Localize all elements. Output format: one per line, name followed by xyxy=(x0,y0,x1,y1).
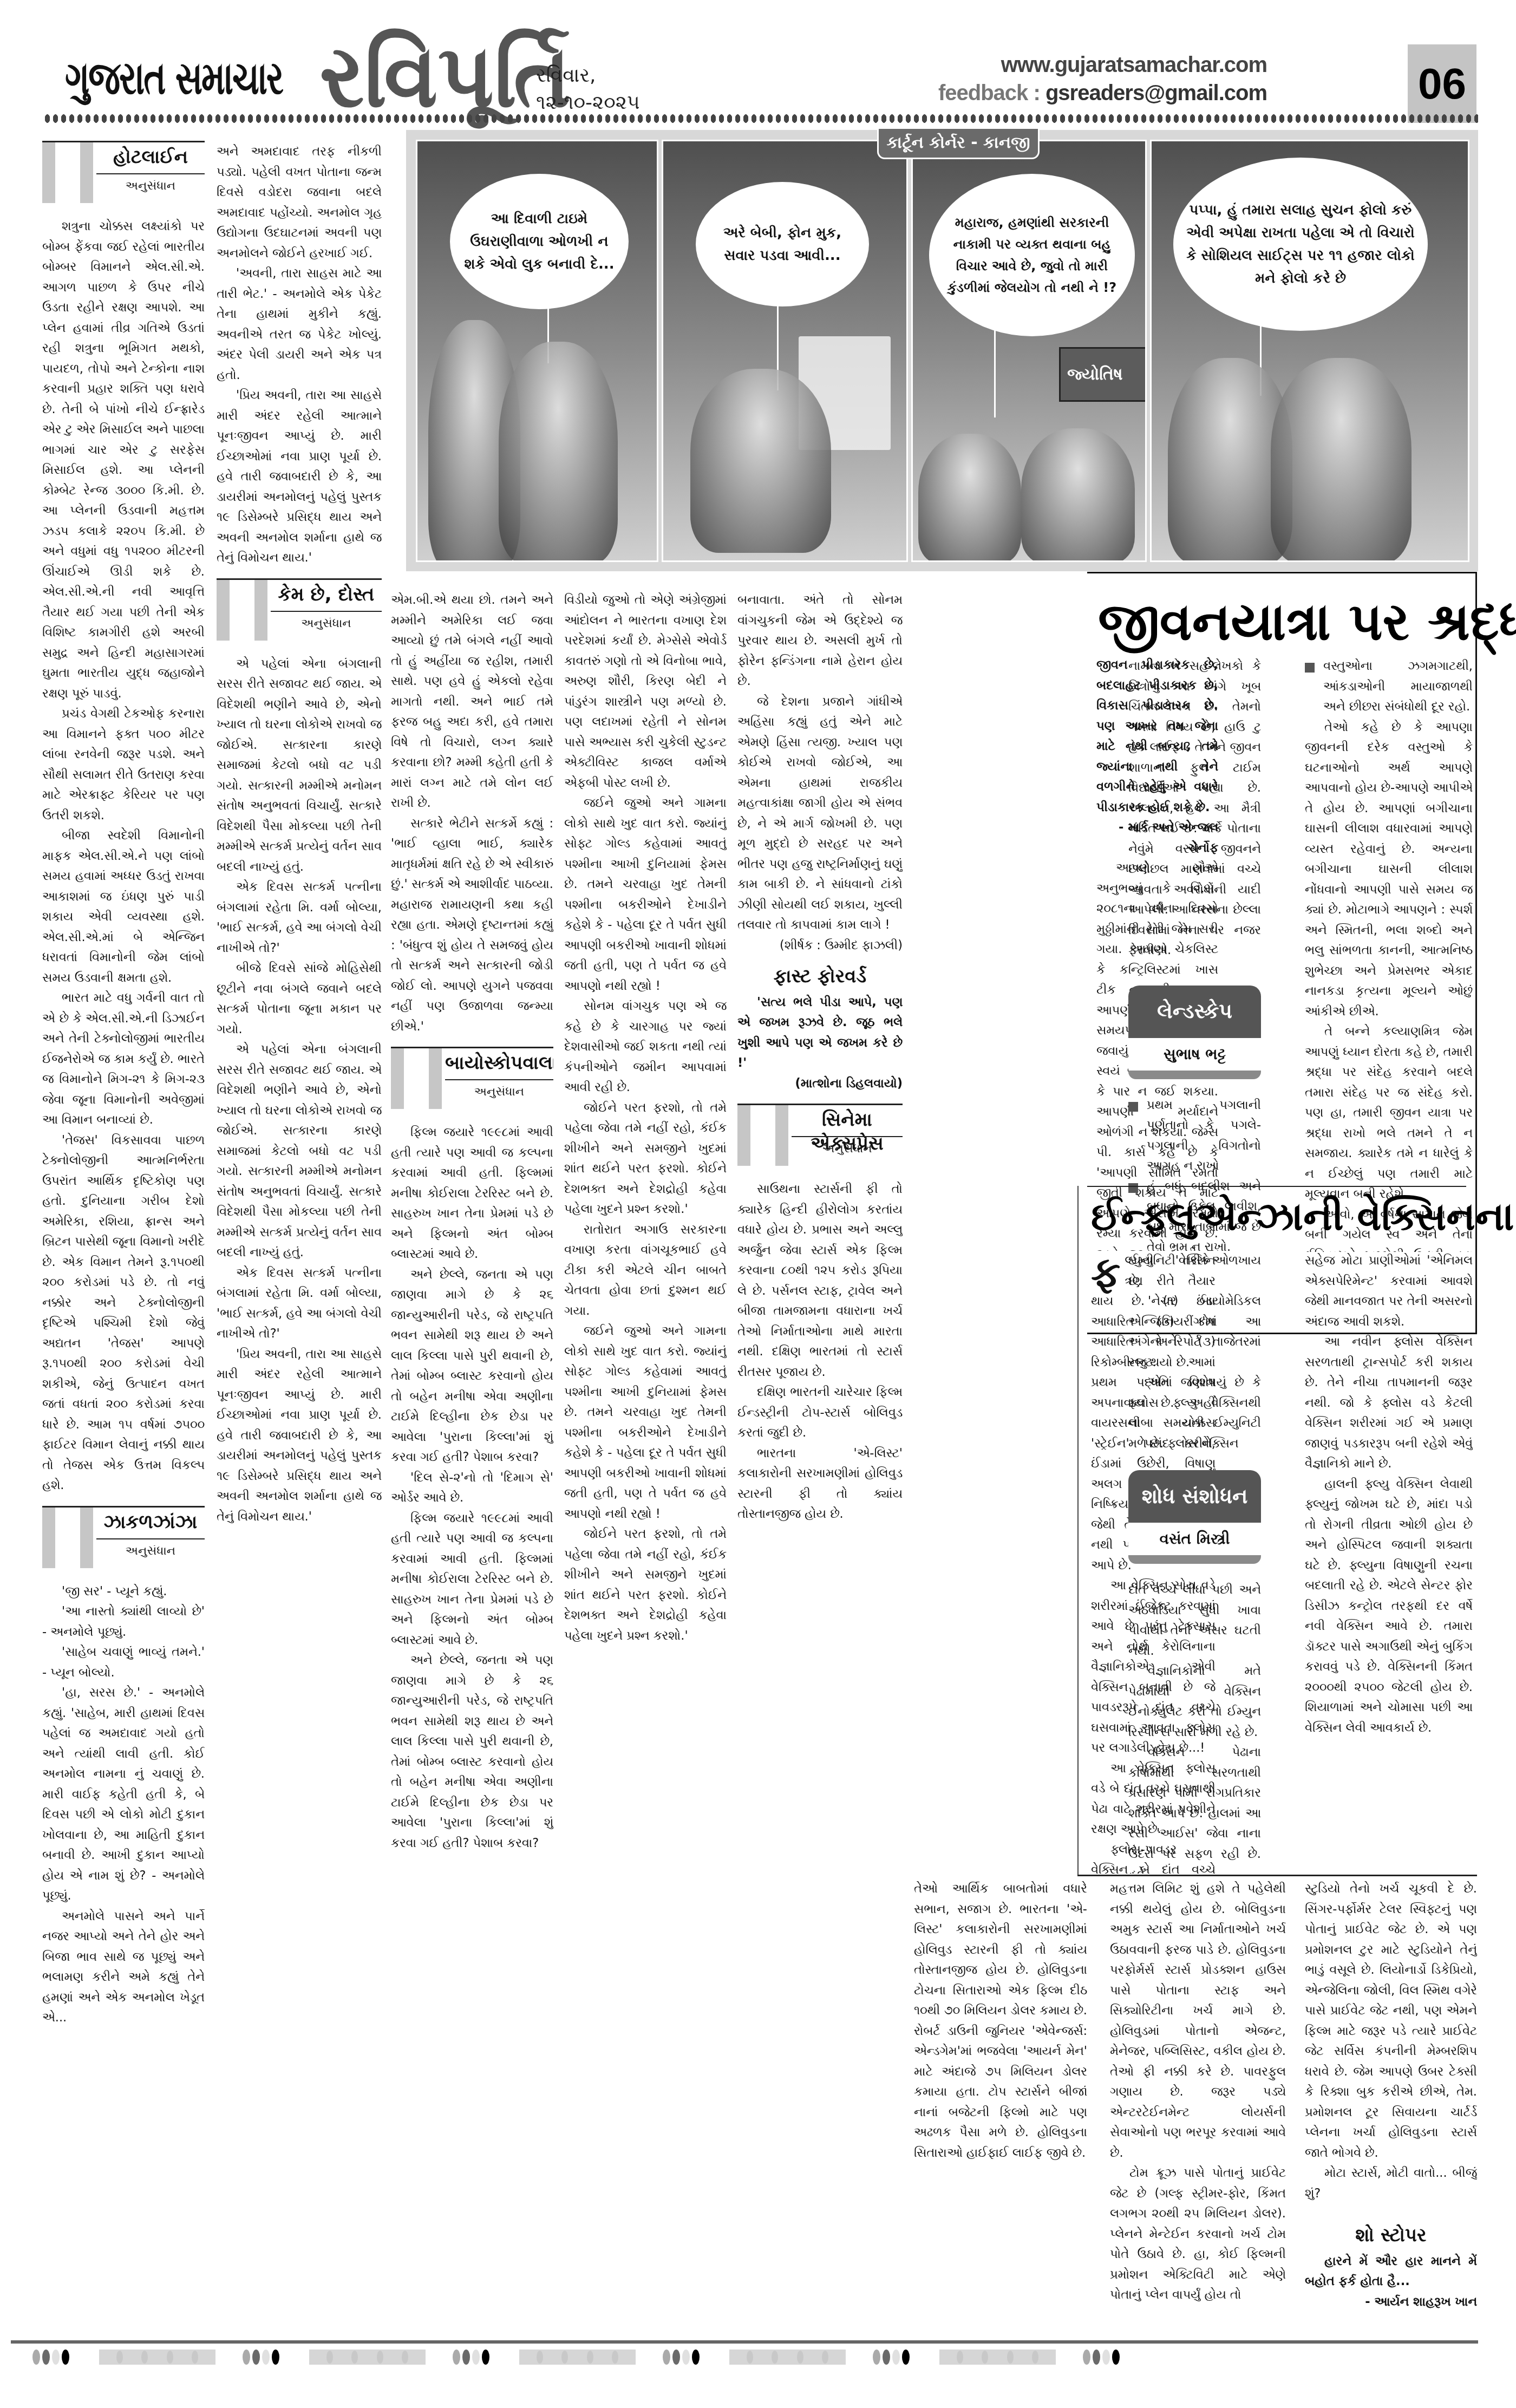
fast-forward-heading: ફાસ્ટ ફોરવર્ડ xyxy=(737,967,903,987)
article-paragraph: મોટા સ્ટાર્સ, મોટી વાતો... બીજું શું? xyxy=(1305,2163,1477,2204)
vaccine-column-b: ઈમ્યુનિટી' તરીકે ઓળખાય છે. 'નેચર બાયોમેડ… xyxy=(1128,1251,1261,1874)
bottom-rule xyxy=(11,2340,1478,2344)
section-header-bioscope: બાયોસ્કોપવાલા અનુસંધાન xyxy=(391,1047,553,1112)
bullet-list: વસ્તુઓના ઝગમગાટથી, આંકડાઓની માયાજાળથી અન… xyxy=(1305,656,1473,717)
article-paragraph: જઈને જુઓ અને ગામના લોકો સાથે ખુદ વાત કરો… xyxy=(564,793,727,996)
article-paragraph: દાંત વચ્ચે લીધા પછી અને અઠવાડિયા સુધી ખા… xyxy=(1128,1580,1261,1661)
section-title: હોટલાઈન xyxy=(96,145,205,169)
section-subtitle: અનુસંધાન xyxy=(96,177,205,196)
bullet-item: પ્રથમ પગલાની પૂર્ણતાનો કે પગલે-પગલાની વિ… xyxy=(1128,1095,1261,1177)
feedback-email[interactable]: gsreaders@gmail.com xyxy=(1045,81,1267,105)
article-paragraph: અનમોલે પાસને અને પાર્ને નજર આપ્યો અને તે… xyxy=(42,1907,205,2028)
newspaper-brand: ગુજરાત સમાચાર xyxy=(65,51,283,106)
article-paragraph: 'પ્રિય અવની, તારા આ સાહસે મારી અંદર રહેલ… xyxy=(217,1345,382,1528)
article-paragraph: તેઓ આર્થિક બાબતોમાં વધારે સભાન, સજાગ છે.… xyxy=(914,1879,1087,2163)
fast-forward-quote: 'સત્ય ભલે પીડા આપે, પણ એ જખમ રૂઝવે છે. જ… xyxy=(737,993,903,1074)
astrologer-sign: જ્યોતિષ xyxy=(1059,347,1147,402)
cartoon-panel-2: અરે બેબી, ફોન મુક, સવાર પડવા આવી... xyxy=(662,140,908,562)
article-paragraph: એક દિવસ સત્કર્મ પત્નીના બંગલામાં રહેતા મ… xyxy=(217,877,382,958)
article-paragraph: શત્રુના ચોક્કસ લક્ષ્યાંકો પર બોમ્બ ફેંકવ… xyxy=(42,217,205,704)
article-paragraph: 'નેચર બાયોમેડિકલ એન્જિનિયરીંગ'માં આ અંગે… xyxy=(1128,1291,1261,1373)
speech-bubble: આ દિવાળી ટાઇમે ઉઘરાણીવાળા ઓળખી ન શકે એવો… xyxy=(450,174,629,309)
article-paragraph: એ પહેલાં એના બંગલાની સરસ રીતે સજાવટ થઈ જ… xyxy=(217,654,382,878)
article-paragraph: વેક્સિન પેઢાના કોષોમાંથી સરળતાથી પ્રસારણ… xyxy=(1128,1743,1261,1874)
article-paragraph: ફિલ્મ જયારે ૧૯૯૮માં આવી હતી ત્યારે પણ આવ… xyxy=(391,1123,553,1265)
article-paragraph: આ નવીન ફ્લોસ વેક્સિન સરળતાથી ટ્રાન્સપોર્… xyxy=(1305,1332,1473,1474)
thief-figure xyxy=(690,369,831,553)
column-kem-chhe-dost: અને અમદાવાદ તરફ નીકળી પડ્યો. પહેલી વખત પ… xyxy=(217,142,382,2340)
date: ૧૨-૧૦-૨૦૨૫ xyxy=(536,89,640,116)
show-stopper-heading: શો સ્ટોપર xyxy=(1305,2226,1477,2246)
column-author: સુભાષ ભટ્ટ xyxy=(1128,1038,1261,1071)
speech-bubble: અરે બેબી, ફોન મુક, સવાર પડવા આવી... xyxy=(696,182,869,306)
article-paragraph: વૈજ્ઞાનિકોના મતે પેઢામાંથી વેક્સિન ઈનોક્… xyxy=(1128,1661,1261,1743)
article-paragraph: 'તેજસ' વિકસાવવા પાછળ ટેક્નોલોજીની આત્મનિ… xyxy=(42,1131,205,1496)
article-paragraph: વિડીયો જુઓ તો એણે અંગ્રેજીમાં આંદોલન ને … xyxy=(564,590,727,793)
ornament-bar xyxy=(729,2350,846,2365)
section-header-kem-chhe-dost: કેમ છે, દોસ્ત અનુસંધાન xyxy=(217,578,382,643)
dot-group xyxy=(1083,2350,1120,2365)
article-paragraph: સત્કારે ભેટીને સત્કર્મે કહ્યું : 'ભાઈ વ્… xyxy=(391,814,553,1037)
divider xyxy=(1077,1186,1079,1875)
article-paragraph: 'હા, સરસ છે.' - અનમોલે કહ્યું. 'સાહેબ, મ… xyxy=(42,1683,205,1907)
father-figure xyxy=(1271,358,1412,562)
cinema-column-a: તેઓ આર્થિક બાબતોમાં વધારે સભાન, સજાગ છે.… xyxy=(914,1879,1087,2337)
article-paragraph: 'દિલ સે-૨'નો તો 'દિમાગ સે' ઓર્ડર આવે છે. xyxy=(391,1468,553,1509)
feature-headline: જીવનયાત્રા પર શ્રદ્ધા રાખો xyxy=(1098,596,1516,648)
page-number: 06 xyxy=(1408,44,1476,123)
show-stopper-credit: - આર્યન શાહરૂખ ખાન xyxy=(1305,2292,1477,2313)
dot-group xyxy=(453,2350,489,2365)
ornament-bar xyxy=(939,2350,1056,2365)
article-paragraph: બીજે દિવસે સાંજે મોહિસેથી છૂટીને નવા બંગ… xyxy=(217,958,382,1040)
bullet-item: વસ્તુઓના ઝગમગાટથી, આંકડાઓની માયાજાળથી અન… xyxy=(1305,656,1473,717)
section-subtitle: અનુસંધાન xyxy=(271,614,382,634)
column-title: લેન્ડસ્કેપ xyxy=(1128,986,1261,1038)
dot-group xyxy=(243,2350,279,2365)
ornament-bar xyxy=(309,2350,426,2365)
feature-column-b xyxy=(1114,620,1115,621)
article-paragraph: ભારત માટે વધુ ગર્વની વાત તો એ છે કે એલ.સ… xyxy=(42,988,205,1131)
dateline: રવિવાર, ૧૨-૧૦-૨૦૨૫ xyxy=(536,62,640,116)
section-title: બાયોસ્કોપવાલા xyxy=(445,1051,553,1075)
column-title: શોધ સંશોધન xyxy=(1128,1470,1261,1523)
article-paragraph: રાતોરાત અગાઉ સરકારના વખાણ કરતા વાંગચૂકભા… xyxy=(564,1220,727,1322)
cartoon-panel-4: પપ્પા, હું તમારા સલાહ સુચન ફોલો કરું એવી… xyxy=(1150,140,1469,562)
feature-column-c: વસ્તુઓના ઝગમગાટથી, આંકડાઓની માયાજાળથી અન… xyxy=(1305,656,1473,1252)
dot-group xyxy=(663,2350,700,2365)
article-paragraph: ફિલ્મ જયારે ૧૯૯૮માં આવી હતી ત્યારે પણ આવ… xyxy=(391,1509,553,1651)
article-paragraph: એ પહેલાં એના બંગલાની સરસ રીતે સજાવટ થઈ જ… xyxy=(217,1040,382,1263)
article-paragraph: અને છેલ્લે, જનતા એ પણ જાણવા માગે છે કે ૨… xyxy=(391,1650,553,1854)
article-paragraph: જઈને જુઓ અને ગામના લોકો સાથે ખુદ વાત કરો… xyxy=(564,1321,727,1524)
feedback-line: feedback : gsreaders@gmail.com xyxy=(938,81,1267,106)
article-paragraph: 'અવની, તારા સાહસ માટે આ તારી ભેટ.' - અનમ… xyxy=(217,264,382,386)
article-credit: (શીર્ષક : ઉમ્મીદ ફાઝલી) xyxy=(737,936,903,956)
show-stopper-quote: હારને મેં ઔર હાર માનને મેં બહોત ફર્ક હોત… xyxy=(1305,2252,1477,2292)
article-paragraph: એમાં જણાવાયું છે કે ફ્લોસ ફ્લ્યુ વેક્સિન… xyxy=(1128,1373,1261,1454)
cartoon-corner-tag: કાર્ટૂન કોર્નર - કાનજી xyxy=(877,129,1040,159)
divider xyxy=(1087,1186,1466,1187)
column-kem-chhe-dost-cont: એમ.બી.એ થયા છો. તમને અને મમ્મીને અમેરિકા… xyxy=(391,590,553,2337)
article-paragraph: બીજા સ્વદેશી વિમાનોની માફક એલ.સી.એ.ને પણ… xyxy=(42,826,205,988)
column-vangchuk: વિડીયો જુઓ તો એણે અંગ્રેજીમાં આંદોલન ને … xyxy=(564,590,727,2337)
article-paragraph: અને અમદાવાદ તરફ નીકળી પડ્યો. પહેલી વખત પ… xyxy=(217,142,382,264)
article-paragraph: 'સાહેબ ચવાણું ભાવ્યું તમને.' - પ્યૂન બોલ… xyxy=(42,1642,205,1683)
column-hotline: હોટલાઈન અનુસંધાન શત્રુના ચોક્કસ લક્ષ્યાં… xyxy=(42,138,205,2337)
article-paragraph: દક્ષિણ ભારતની ચારેચાર ફિલ્મ ઈન્ડસ્ટ્રીની… xyxy=(737,1382,903,1444)
article-paragraph: જોઈને પરત ફરશો, તો તમે પહેલા જેવા તમે નહ… xyxy=(564,1098,727,1220)
article-paragraph: તેઓ કહે છે કે આપણા જીવનની દરેક વસ્તુઓ કે… xyxy=(1305,717,1473,1022)
article-paragraph: સહેજ મોટા પ્રાણીઓમાં 'એનિમલ એક્સપેરિમેન્… xyxy=(1305,1251,1473,1332)
dotted-divider xyxy=(43,114,1478,123)
article-paragraph: અને છેલ્લે, જનતા એ પણ જાણવા માગે છે કે ૨… xyxy=(391,1265,553,1468)
article-paragraph: એક દિવસ સત્કર્મ પત્નીના બંગલામાં રહેતા મ… xyxy=(217,1263,382,1345)
article-paragraph: 'પ્રિય અવની, તારા આ સાહસે મારી અંદર રહેલ… xyxy=(217,386,382,569)
dot-group xyxy=(32,2350,69,2365)
astrologer-figure xyxy=(1021,428,1135,562)
article-paragraph: સાઉથના સ્ટાર્સની ફી તો ક્યારેક હિન્દી હી… xyxy=(737,1179,903,1382)
cartoon-panel-1: આ દિવાળી ટાઇમે ઉઘરાણીવાળા ઓળખી ન શકે એવો… xyxy=(416,140,658,562)
dot-group xyxy=(873,2350,910,2365)
fast-forward-credit: (માત્શોના ડિહલવાયો) xyxy=(737,1074,903,1094)
vaccine-headline: ઈન્ફ્લુએન્ઝાની વેક્સિનના નવા પ્રયોગો xyxy=(1091,1197,1516,1236)
article-paragraph: જે દેશના પ્રજાને ગાંધીએ અહિંસા કહ્યું હત… xyxy=(737,692,903,936)
article-paragraph: નામના બે સહ-લેખકો કે મિત્રોનું આ અંગે ખૂ… xyxy=(1128,656,1261,961)
article-paragraph: સોનમ વાંગચુક પણ એ જ કહે છે કે ચારગાહ પર … xyxy=(564,996,727,1098)
feedback-label: feedback : xyxy=(938,81,1040,105)
article-paragraph: ભારતના 'એ-લિસ્ટ' કલાકારોની સરખામણીમાં હો… xyxy=(737,1444,903,1525)
section-title: ઝાકળઝાંઝા xyxy=(96,1510,205,1534)
landscape-article: નામના બે સહ-લેખકો કે મિત્રોનું આ અંગે ખૂ… xyxy=(1128,656,1261,1252)
article-paragraph: મહત્તમ લિમિટ શું હશે તે પહેલેથી નક્કી થય… xyxy=(1110,1879,1286,2163)
cinema-column-c: સ્ટુડિયો તેનો ખર્ચ ચૂકવી દે છે. સિંગર-પર… xyxy=(1305,1879,1477,2337)
vaccine-column-c: સહેજ મોટા પ્રાણીઓમાં 'એનિમલ એક્સપેરિમેન્… xyxy=(1305,1251,1473,1874)
section-subtitle: અનુસંધાન xyxy=(445,1082,553,1102)
drop-cap: ફ xyxy=(1091,1253,1120,1291)
article-paragraph: ટોમ ક્રૂઝ પાસે પોતાનું પ્રાઈવેટ જેટ છે (… xyxy=(1110,2163,1286,2306)
column-box-landscape: લેન્ડસ્કેપ સુભાષ ભટ્ટ xyxy=(1128,986,1261,1079)
footer-ornament xyxy=(11,2349,1478,2365)
section-header-hotline: હોટલાઈન અનુસંધાન xyxy=(42,141,205,206)
website-link[interactable]: www.gujaratsamachar.com xyxy=(1001,53,1267,77)
column-vangchuk-cont: બનાવાતા. અંતે તો સોનમ વાંગચુકની જેમ એ ઉદ… xyxy=(737,590,903,2337)
ornament-bar xyxy=(99,2350,215,2365)
article-paragraph: હાલની ફ્લ્યુ વેક્સિન લેવાથી ફ્લ્યુનું જો… xyxy=(1305,1474,1473,1739)
divider xyxy=(1077,1875,1477,1876)
article-paragraph: તે બન્ને કલ્યાણમિત્ર જેમ આપણું ધ્યાન દોર… xyxy=(1305,1022,1473,1205)
speech-bubble: પપ્પા, હું તમારા સલાહ સુચન ફોલો કરું એવી… xyxy=(1173,158,1428,331)
politician-figure xyxy=(918,434,1021,562)
customer-figure xyxy=(499,342,618,562)
column-box-research: શોધ સંશોધન વસંત મિસ્ત્રી xyxy=(1128,1470,1261,1564)
speech-bubble: મહારાજ, હમણાંથી સરકારની નાકામી પર વ્યક્ત… xyxy=(929,174,1135,336)
article-paragraph: 'જી સર' - પ્યૂને કહ્યું. xyxy=(42,1582,205,1602)
article-paragraph: જોઈને પરત ફરશો, તો તમે પહેલા જેવા તમે નહ… xyxy=(564,1524,727,1646)
section-title: કેમ છે, દોસ્ત xyxy=(271,583,382,606)
cinema-column-b: મહત્તમ લિમિટ શું હશે તે પહેલેથી નક્કી થય… xyxy=(1110,1879,1286,2337)
article-paragraph: બનાવાતા. અંતે તો સોનમ વાંગચુકની જેમ એ ઉદ… xyxy=(737,590,903,692)
ornament-bar xyxy=(519,2350,636,2365)
section-header-cinema-express: સિનેમા એક્સપ્રેસ અનુસંધાન xyxy=(737,1104,903,1169)
supplement-logo: રવિપૂર્તિ xyxy=(319,32,571,119)
section-subtitle: અનુસંધાન xyxy=(792,1139,903,1159)
masthead: ગુજરાત સમાચાર રવિપૂર્તિ રવિવાર, ૧૨-૧૦-૨૦… xyxy=(0,0,1516,125)
column-author: વસંત મિસ્ત્રી xyxy=(1128,1523,1261,1555)
section-subtitle: અનુસંધાન xyxy=(96,1542,205,1561)
article-paragraph: 'આ નાસ્તો ક્યાંથી લાવ્યો છે' - અનમોલે પૂ… xyxy=(42,1602,205,1642)
day: રવિવાર, xyxy=(536,62,640,89)
cartoon-panel-3: મહારાજ, હમણાંથી સરકારની નાકામી પર વ્યક્ત… xyxy=(911,140,1147,562)
article-paragraph: સ્ટુડિયો તેનો ખર્ચ ચૂકવી દે છે. સિંગર-પર… xyxy=(1305,1879,1477,2163)
section-header-zakal: ઝાકળઝાંઝા અનુસંધાન xyxy=(42,1506,205,1571)
article-paragraph: એમ.બી.એ થયા છો. તમને અને મમ્મીને અમેરિકા… xyxy=(391,590,553,814)
article-paragraph: ઈમ્યુનિટી' તરીકે ઓળખાય છે. xyxy=(1128,1251,1261,1291)
article-paragraph: પ્રચંડ વેગથી ટેકઓફ કરનારા આ વિમાનને ફક્ત… xyxy=(42,704,205,826)
